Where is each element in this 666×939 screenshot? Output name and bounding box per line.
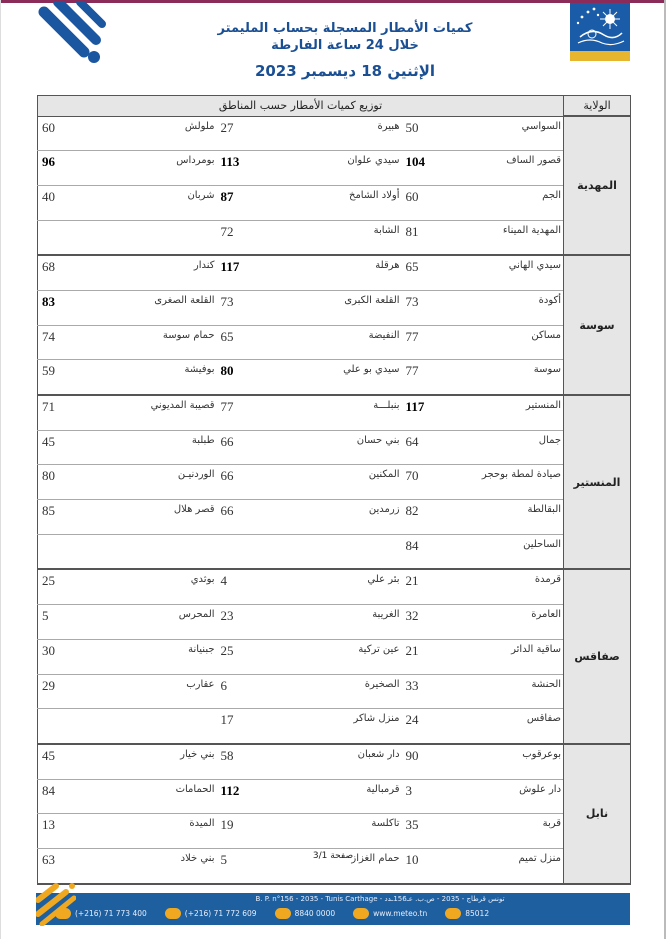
station-name: بني حسان <box>262 430 402 465</box>
distribution-column-header: توزيع كميات الأمطار حسب المناطق <box>38 96 564 117</box>
footer-address: B. P. n°156 - 2035 - Tunis Carthage - تو… <box>150 895 610 903</box>
table-row: قصور الساف104سيدي علوان113بومرداس96 <box>38 151 631 186</box>
station-name <box>82 220 217 255</box>
table-row: دار علوش3قرمبالية112الحمامات84 <box>38 779 631 814</box>
table-body: المهديةالسواسي50هبيرة27ملولش60قصور الساف… <box>38 116 631 884</box>
rainfall-value: 6 <box>217 674 262 709</box>
station-name: الحمامات <box>82 779 217 814</box>
station-name: قصور الساف <box>449 151 564 186</box>
inm-emblem-logo <box>570 3 630 61</box>
footer-contact-text[interactable]: www.meteo.tn <box>373 909 427 918</box>
station-name <box>82 534 217 569</box>
station-name: قصيبة المديوني <box>82 395 217 430</box>
station-name: عقارب <box>82 674 217 709</box>
station-name: كندار <box>82 255 217 290</box>
footer-contacts: (+216) 71 773 400(+216) 71 772 6098840 0… <box>55 906 625 920</box>
table-row: البقالطة82زرمدين66قصر هلال85 <box>38 500 631 535</box>
rainfall-value: 50 <box>402 116 449 151</box>
report-title: كميات الأمطار المسجلة بحساب المليمتر <box>150 21 540 36</box>
station-name: أكودة <box>449 290 564 325</box>
station-name: جمال <box>449 430 564 465</box>
station-name: المنستير <box>449 395 564 430</box>
emblem-caption-band <box>570 51 630 61</box>
rainfall-value: 81 <box>402 220 449 255</box>
rainfall-value: 25 <box>38 569 82 604</box>
rainfall-value: 66 <box>217 430 262 465</box>
rainfall-value: 70 <box>402 465 449 500</box>
hotline-icon <box>275 908 291 919</box>
rainfall-value: 73 <box>402 290 449 325</box>
rainfall-value <box>38 709 82 744</box>
station-name: طبلبة <box>82 430 217 465</box>
footer-contact-item: www.meteo.tn <box>353 908 427 919</box>
table-row: قربة35تاكلسة19الميدة13 <box>38 814 631 849</box>
rainfall-value: 65 <box>217 325 262 360</box>
rainfall-value: 80 <box>38 465 82 500</box>
rainfall-value: 96 <box>38 151 82 186</box>
rainfall-value: 4 <box>217 569 262 604</box>
rainfall-value: 83 <box>38 290 82 325</box>
rainfall-value: 87 <box>217 185 262 220</box>
rainfall-value: 117 <box>402 395 449 430</box>
station-name: الشابة <box>262 220 402 255</box>
station-name <box>82 709 217 744</box>
station-name: النفيضة <box>262 325 402 360</box>
governorate-cell: صفاقس <box>564 569 631 743</box>
table-row: صفاقس24منزل شاكر17 <box>38 709 631 744</box>
station-name: شربان <box>82 185 217 220</box>
rainfall-value <box>38 534 82 569</box>
station-name: بوثدي <box>82 569 217 604</box>
station-name: السواسي <box>449 116 564 151</box>
report-date: الإثنين 18 ديسمبر 2023 <box>150 62 540 80</box>
page-number: صفحة 3/1 <box>0 851 666 861</box>
table-row: أكودة73القلعة الكبرى73القلعة الصغرى83 <box>38 290 631 325</box>
rainfall-value: 66 <box>217 500 262 535</box>
station-name: الصخيرة <box>262 674 402 709</box>
table-row: العامرة32الغريبة23المحرس5 <box>38 605 631 640</box>
rainfall-value: 17 <box>217 709 262 744</box>
rainfall-value: 72 <box>217 220 262 255</box>
station-name: سيدي بو علي <box>262 360 402 395</box>
station-name: الجم <box>449 185 564 220</box>
station-name: الحنشة <box>449 674 564 709</box>
station-name: قرمبالية <box>262 779 402 814</box>
table-row: المهدية الميناء81الشابة72 <box>38 220 631 255</box>
table-row: صيادة لمطة بوحجر70المكنين66الوردنيـن80 <box>38 465 631 500</box>
rainfall-value: 13 <box>38 814 82 849</box>
station-name: دار شعبان <box>262 744 402 779</box>
table-row: الساحلين84 <box>38 534 631 569</box>
station-name: بوفيشة <box>82 360 217 395</box>
footer-contact-item: (+216) 71 773 400 <box>55 908 147 919</box>
table-row: مساكن77النفيضة65حمام سوسة74 <box>38 325 631 360</box>
rainfall-value: 90 <box>402 744 449 779</box>
rainfall-value: 85 <box>38 500 82 535</box>
table-row: سوسة77سيدي بو علي80بوفيشة59 <box>38 360 631 395</box>
station-name: المحرس <box>82 605 217 640</box>
rainfall-value: 35 <box>402 814 449 849</box>
station-name: العامرة <box>449 605 564 640</box>
rainfall-value: 32 <box>402 605 449 640</box>
station-name: قرمدة <box>449 569 564 604</box>
rainfall-value: 45 <box>38 430 82 465</box>
footer-contact-text: (+216) 71 772 609 <box>185 909 257 918</box>
table-row: المهديةالسواسي50هبيرة27ملولش60 <box>38 116 631 151</box>
station-name: سيدي الهاني <box>449 255 564 290</box>
rainfall-value: 59 <box>38 360 82 395</box>
rainfall-value: 73 <box>217 290 262 325</box>
station-name: صفاقس <box>449 709 564 744</box>
rainfall-value <box>217 534 262 569</box>
fax-icon <box>165 908 181 919</box>
station-name <box>262 534 402 569</box>
rainfall-value: 30 <box>38 639 82 674</box>
rainfall-value: 113 <box>217 151 262 186</box>
station-name: الوردنيـن <box>82 465 217 500</box>
sms-icon <box>445 908 461 919</box>
rainfall-value: 25 <box>217 639 262 674</box>
station-name: جبنيانة <box>82 639 217 674</box>
table-row: صفاقسقرمدة21بئر علي4بوثدي25 <box>38 569 631 604</box>
table-row: الحنشة33الصخيرة6عقارب29 <box>38 674 631 709</box>
rainfall-value: 24 <box>402 709 449 744</box>
rainfall-value: 117 <box>217 255 262 290</box>
rainfall-value: 74 <box>38 325 82 360</box>
footer-contact-item: (+216) 71 772 609 <box>165 908 257 919</box>
station-name: هبيرة <box>262 116 402 151</box>
rainfall-value: 77 <box>402 360 449 395</box>
station-name: الميدة <box>82 814 217 849</box>
rainfall-value: 82 <box>402 500 449 535</box>
rainfall-value: 64 <box>402 430 449 465</box>
station-name: عين تركية <box>262 639 402 674</box>
rainfall-value: 60 <box>402 185 449 220</box>
station-name: المهدية الميناء <box>449 220 564 255</box>
report-subtitle: خلال 24 ساعة الفارطة <box>150 38 540 53</box>
footer-contact-item: 8840 0000 <box>275 908 336 919</box>
station-name: قصر هلال <box>82 500 217 535</box>
governorate-cell: المنستير <box>564 395 631 569</box>
table-row: الجم60أولاد الشامخ87شربان40 <box>38 185 631 220</box>
table-row: جمال64بني حسان66طبلبة45 <box>38 430 631 465</box>
rainfall-value: 5 <box>38 605 82 640</box>
governorate-cell: المهدية <box>564 116 631 255</box>
station-name: سوسة <box>449 360 564 395</box>
station-name: بومرداس <box>82 151 217 186</box>
rainfall-value: 71 <box>38 395 82 430</box>
rainfall-value: 112 <box>217 779 262 814</box>
phone-icon <box>55 908 71 919</box>
rainfall-value: 58 <box>217 744 262 779</box>
rainfall-value: 40 <box>38 185 82 220</box>
rainfall-value: 66 <box>217 465 262 500</box>
station-name: دار علوش <box>449 779 564 814</box>
rainfall-value: 65 <box>402 255 449 290</box>
footer-contact-text: 8840 0000 <box>295 909 336 918</box>
station-name: بوعرقوب <box>449 744 564 779</box>
rainfall-value: 21 <box>402 639 449 674</box>
station-name: البقالطة <box>449 500 564 535</box>
rainfall-value: 104 <box>402 151 449 186</box>
station-name: قربة <box>449 814 564 849</box>
rainfall-value: 84 <box>402 534 449 569</box>
rainfall-value: 33 <box>402 674 449 709</box>
station-name: بئر علي <box>262 569 402 604</box>
station-name: زرمدين <box>262 500 402 535</box>
station-name: المكنين <box>262 465 402 500</box>
station-name: صيادة لمطة بوحجر <box>449 465 564 500</box>
rainfall-value: 60 <box>38 116 82 151</box>
institute-stripes-logo <box>36 2 106 64</box>
table-row: المنستيرالمنستير117بنبلـــة77قصيبة المدي… <box>38 395 631 430</box>
footer-contact-item: 85012 <box>445 908 489 919</box>
page-edge-left <box>0 0 1 939</box>
station-name: ملولش <box>82 116 217 151</box>
station-name: ساقية الدائر <box>449 639 564 674</box>
rainfall-value: 3 <box>402 779 449 814</box>
station-name: بني خيار <box>82 744 217 779</box>
station-name: القلعة الكبرى <box>262 290 402 325</box>
station-name: القلعة الصغرى <box>82 290 217 325</box>
rainfall-value: 77 <box>402 325 449 360</box>
rainfall-value: 21 <box>402 569 449 604</box>
rainfall-value: 45 <box>38 744 82 779</box>
rainfall-value: 84 <box>38 779 82 814</box>
rainfall-value: 27 <box>217 116 262 151</box>
table-header-row: الولاية توزيع كميات الأمطار حسب المناطق <box>38 96 631 117</box>
rainfall-value: 68 <box>38 255 82 290</box>
governorate-cell: نابل <box>564 744 631 884</box>
station-name: سيدي علوان <box>262 151 402 186</box>
station-name: هرقلة <box>262 255 402 290</box>
station-name: بنبلـــة <box>262 395 402 430</box>
footer-contact-text: (+216) 71 773 400 <box>75 909 147 918</box>
rainfall-value: 19 <box>217 814 262 849</box>
table-row: ساقية الدائر21عين تركية25جبنيانة30 <box>38 639 631 674</box>
web-icon <box>353 908 369 919</box>
governorate-cell: سوسة <box>564 255 631 395</box>
governorate-column-header: الولاية <box>564 96 631 117</box>
footer-contact-text: 85012 <box>465 909 489 918</box>
station-name: تاكلسة <box>262 814 402 849</box>
station-name: حمام سوسة <box>82 325 217 360</box>
rainfall-value: 80 <box>217 360 262 395</box>
rainfall-value <box>38 220 82 255</box>
rainfall-value: 23 <box>217 605 262 640</box>
station-name: الساحلين <box>449 534 564 569</box>
station-name: منزل شاكر <box>262 709 402 744</box>
rainfall-value: 77 <box>217 395 262 430</box>
table-row: سوسةسيدي الهاني65هرقلة117كندار68 <box>38 255 631 290</box>
table-row: نابلبوعرقوب90دار شعبان58بني خيار45 <box>38 744 631 779</box>
station-name: أولاد الشامخ <box>262 185 402 220</box>
rainfall-value: 29 <box>38 674 82 709</box>
station-name: الغريبة <box>262 605 402 640</box>
station-name: مساكن <box>449 325 564 360</box>
rainfall-table: الولاية توزيع كميات الأمطار حسب المناطق … <box>37 95 631 885</box>
